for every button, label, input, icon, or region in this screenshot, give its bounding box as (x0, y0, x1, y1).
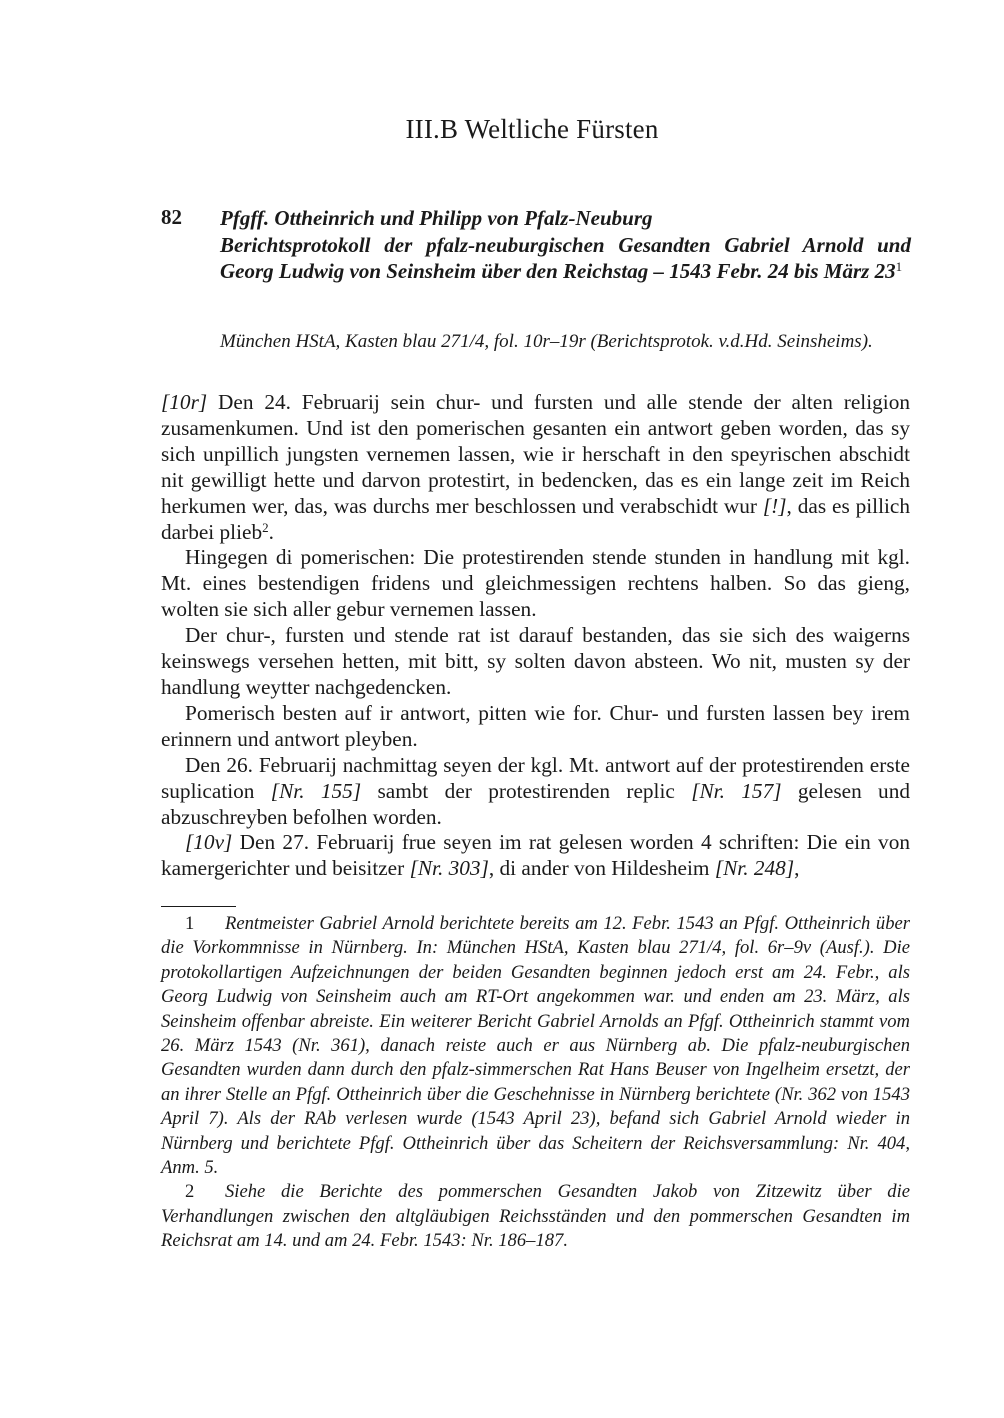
footnote-text: Siehe die Berichte des pommerschen Gesan… (161, 1181, 910, 1251)
document-reference[interactable]: [Nr. 157] (691, 779, 781, 803)
footnote-text: Rentmeister Gabriel Arnold berichtete be… (161, 913, 910, 1178)
document-number: 82 (161, 205, 182, 230)
document-title-line1: Pfgff. Ottheinrich und Philipp von Pfalz… (220, 205, 911, 232)
document-reference[interactable]: [Nr. 248] (715, 856, 794, 880)
footnote-2: 2Siehe die Berichte des pommerschen Gesa… (161, 1180, 910, 1253)
footnotes: 1Rentmeister Gabriel Arnold berichtete b… (161, 912, 910, 1254)
folio-marker: [10r] (161, 390, 207, 414)
paragraph-3: Der chur-, fursten und stende rat ist da… (161, 623, 910, 701)
document-reference[interactable]: [Nr. 303] (410, 856, 489, 880)
footnote-1: 1Rentmeister Gabriel Arnold berichtete b… (161, 912, 910, 1180)
footnote-number: 2 (185, 1180, 225, 1204)
body-text: [10r] Den 24. Februarij sein chur- und f… (161, 390, 910, 882)
paragraph-1: [10r] Den 24. Februarij sein chur- und f… (161, 390, 910, 545)
paragraph-6: [10v] Den 27. Februarij frue seyen im ra… (161, 830, 910, 882)
running-head: III.B Weltliche Fürsten (0, 114, 1004, 145)
paragraph-4: Pomerisch besten auf ir antwort, pitten … (161, 701, 910, 753)
footnote-divider (161, 906, 236, 907)
archival-source: München HStA, Kasten blau 271/4, fol. 10… (220, 330, 910, 354)
paragraph-5: Den 26. Februarij nachmittag seyen der k… (161, 753, 910, 831)
document-reference[interactable]: [Nr. 155] (271, 779, 361, 803)
document-title: Pfgff. Ottheinrich und Philipp von Pfalz… (220, 205, 911, 285)
folio-marker: [10v] (185, 830, 232, 854)
document-title-rest: Berichtsprotokoll der pfalz-neuburgische… (220, 233, 911, 284)
paragraph-2: Hingegen di pomerischen: Die protestiren… (161, 545, 910, 623)
footnote-ref-1[interactable]: 1 (896, 259, 903, 274)
editorial-note: [!] (763, 494, 787, 518)
footnote-number: 1 (185, 912, 225, 936)
